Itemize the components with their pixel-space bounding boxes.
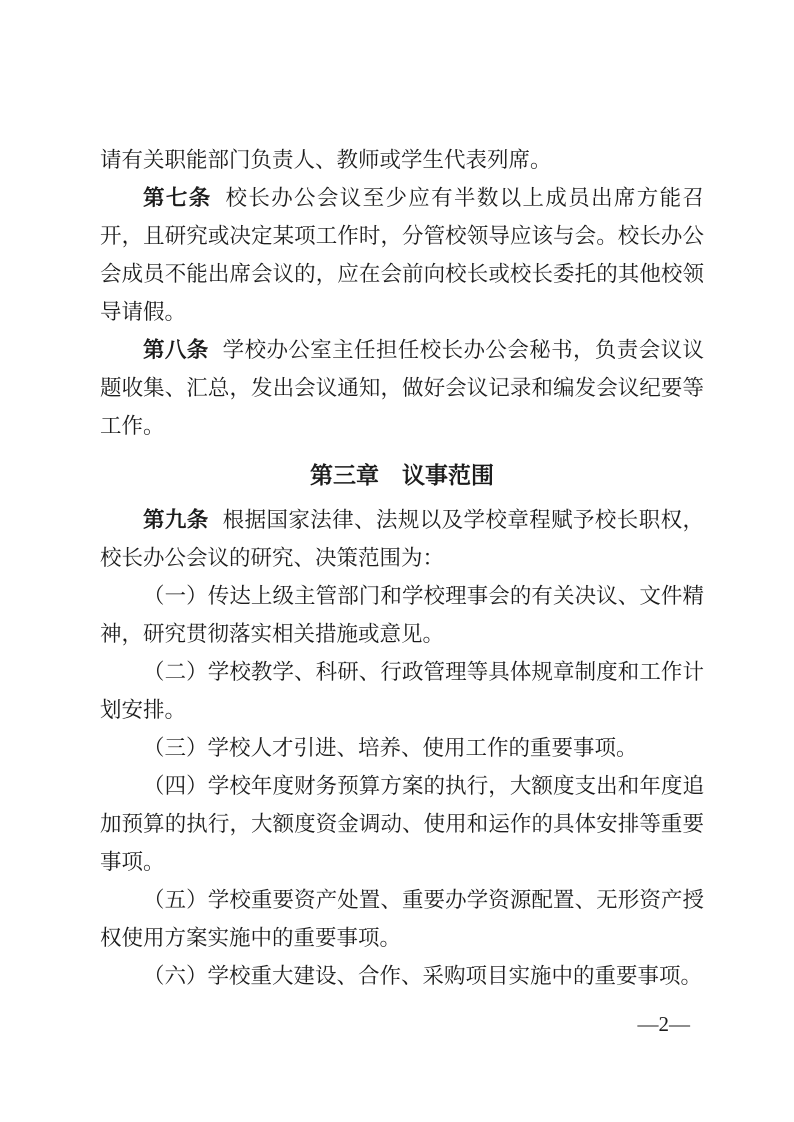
paragraph: （二）学校教学、科研、行政管理等具体规章制度和工作计划安排。: [100, 653, 704, 729]
paragraph: 第八条学校办公室主任担任校长办公会秘书，负责会议议题收集、汇总，发出会议通知，做…: [100, 331, 704, 445]
paragraph: 请有关职能部门负责人、教师或学生代表列席。: [100, 141, 704, 179]
paragraph-text: （五）学校重要资产处置、重要办学资源配置、无形资产授权使用方案实施中的重要事项。: [100, 888, 704, 950]
paragraph-text: （一）传达上级主管部门和学校理事会的有关决议、文件精神，研究贯彻落实相关措施或意…: [100, 584, 704, 646]
paragraph-text: （六）学校重大建设、合作、采购项目实施中的重要事项。: [143, 964, 702, 988]
paragraph: （三）学校人才引进、培养、使用工作的重要事项。: [100, 729, 704, 767]
document-page: 请有关职能部门负责人、教师或学生代表列席。 第七条校长办公会议至少应有半数以上成…: [0, 0, 794, 1122]
paragraph: （一）传达上级主管部门和学校理事会的有关决议、文件精神，研究贯彻落实相关措施或意…: [100, 577, 704, 653]
paragraph-text: （三）学校人才引进、培养、使用工作的重要事项。: [143, 736, 638, 760]
paragraph-text: 请有关职能部门负责人、教师或学生代表列席。: [100, 148, 552, 172]
paragraph: 第九条根据国家法律、法规以及学校章程赋予校长职权，校长办公会议的研究、决策范围为…: [100, 501, 704, 577]
paragraph: （六）学校重大建设、合作、采购项目实施中的重要事项。: [100, 957, 704, 995]
term-label: 第九条: [143, 508, 209, 532]
paragraph: （五）学校重要资产处置、重要办学资源配置、无形资产授权使用方案实施中的重要事项。: [100, 881, 704, 957]
document-body: 请有关职能部门负责人、教师或学生代表列席。 第七条校长办公会议至少应有半数以上成…: [100, 141, 704, 995]
page-number: —2—: [638, 1012, 691, 1036]
paragraph-text: （四）学校年度财务预算方案的执行，大额度支出和年度追加预算的执行，大额度资金调动…: [100, 774, 704, 874]
paragraph-text: （二）学校教学、科研、行政管理等具体规章制度和工作计划安排。: [100, 660, 704, 722]
paragraph: 第七条校长办公会议至少应有半数以上成员出席方能召开，且研究或决定某项工作时，分管…: [100, 179, 704, 331]
term-label: 第七条: [143, 186, 212, 210]
chapter-heading: 第三章 议事范围: [100, 456, 704, 494]
paragraph: （四）学校年度财务预算方案的执行，大额度支出和年度追加预算的执行，大额度资金调动…: [100, 767, 704, 881]
term-label: 第八条: [143, 338, 209, 362]
